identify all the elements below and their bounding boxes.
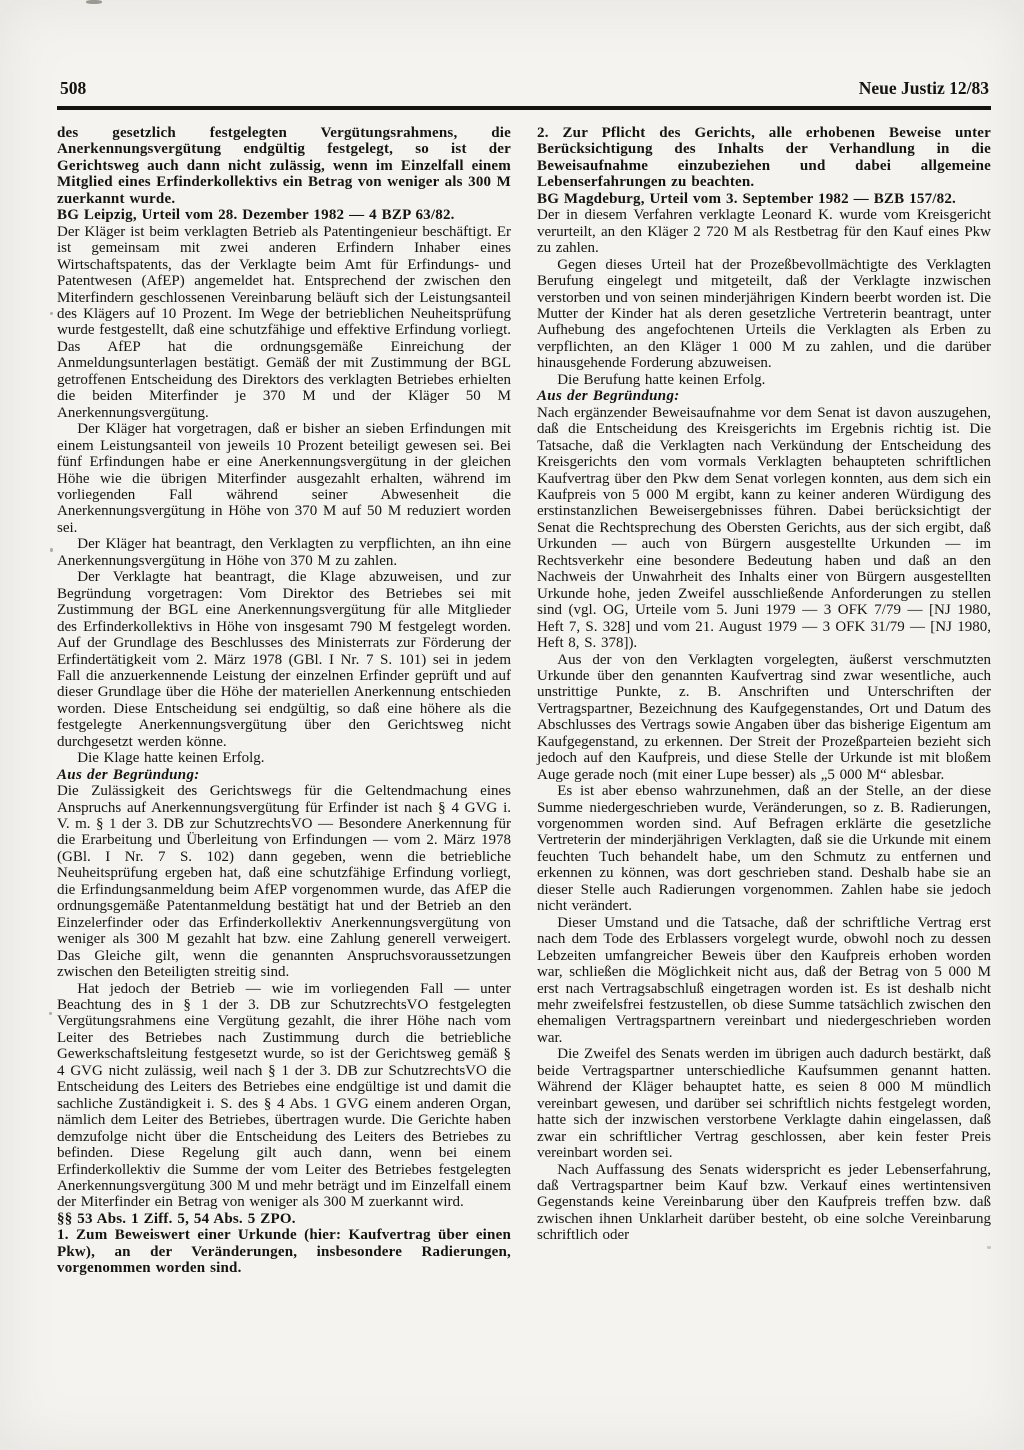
body-paragraph: Der in diesem Verfahren verklagte Leonar… (537, 207, 991, 256)
left-column: des gesetzlich festgelegten Vergütungsra… (57, 125, 511, 1277)
page-header: 508 Neue Justiz 12/83 (57, 78, 991, 99)
body-paragraph: Es ist aber ebenso wahrzunehmen, daß an … (537, 783, 991, 915)
statute-heading: §§ 53 Abs. 1 Ziff. 5, 54 Abs. 5 ZPO. (57, 1211, 511, 1227)
body-paragraph: Hat jedoch der Betrieb — wie im vorliege… (57, 981, 511, 1211)
body-paragraph: Nach Auffassung des Senats widerspricht … (537, 1162, 991, 1244)
scan-artifact (50, 312, 53, 315)
right-column: 2. Zur Pflicht des Gerichts, alle erhobe… (537, 125, 991, 1277)
body-paragraph: Dieser Umstand und die Tatsache, daß der… (537, 915, 991, 1047)
body-paragraph: Der Kläger ist beim verklagten Betrieb a… (57, 224, 511, 421)
reasons-heading: Aus der Begründung: (57, 767, 511, 783)
headnote-continuation: des gesetzlich festgelegten Vergütungsra… (57, 125, 511, 207)
case-citation: BG Leipzig, Urteil vom 28. Dezember 1982… (57, 207, 511, 223)
body-paragraph: Die Berufung hatte keinen Erfolg. (537, 372, 991, 388)
body-paragraph: Die Zulässigkeit des Gerichtswegs für di… (57, 783, 511, 980)
body-paragraph: Der Kläger hat beantragt, den Verklagten… (57, 536, 511, 569)
scan-artifact (86, 0, 102, 4)
body-paragraph: Die Zweifel des Senats werden im übrigen… (537, 1046, 991, 1161)
page-number: 508 (60, 78, 86, 99)
body-paragraph: Nach ergänzender Beweisaufnahme vor dem … (537, 405, 991, 652)
headnote: 2. Zur Pflicht des Gerichts, alle erhobe… (537, 125, 991, 191)
scan-artifact (987, 1246, 991, 1249)
header-rule (57, 106, 991, 110)
body-paragraph: Gegen dieses Urteil hat der Prozeßbevoll… (537, 257, 991, 372)
body-paragraph: Aus der von den Verklagten vorgelegten, … (537, 652, 991, 784)
journal-page-scan: 508 Neue Justiz 12/83 des gesetzlich fes… (0, 0, 1024, 1450)
two-column-text: des gesetzlich festgelegten Vergütungsra… (57, 125, 991, 1277)
reasons-heading: Aus der Begründung: (537, 388, 991, 404)
scan-artifact (49, 1012, 52, 1015)
body-paragraph: Der Kläger hat vorgetragen, daß er bishe… (57, 421, 511, 536)
journal-title: Neue Justiz 12/83 (859, 78, 989, 99)
body-paragraph: Die Klage hatte keinen Erfolg. (57, 750, 511, 766)
headnote: 1. Zum Beweiswert einer Urkunde (hier: K… (57, 1227, 511, 1276)
scan-artifact (50, 548, 53, 552)
body-paragraph: Der Verklagte hat beantragt, die Klage a… (57, 569, 511, 750)
case-citation: BG Magdeburg, Urteil vom 3. September 19… (537, 191, 991, 207)
